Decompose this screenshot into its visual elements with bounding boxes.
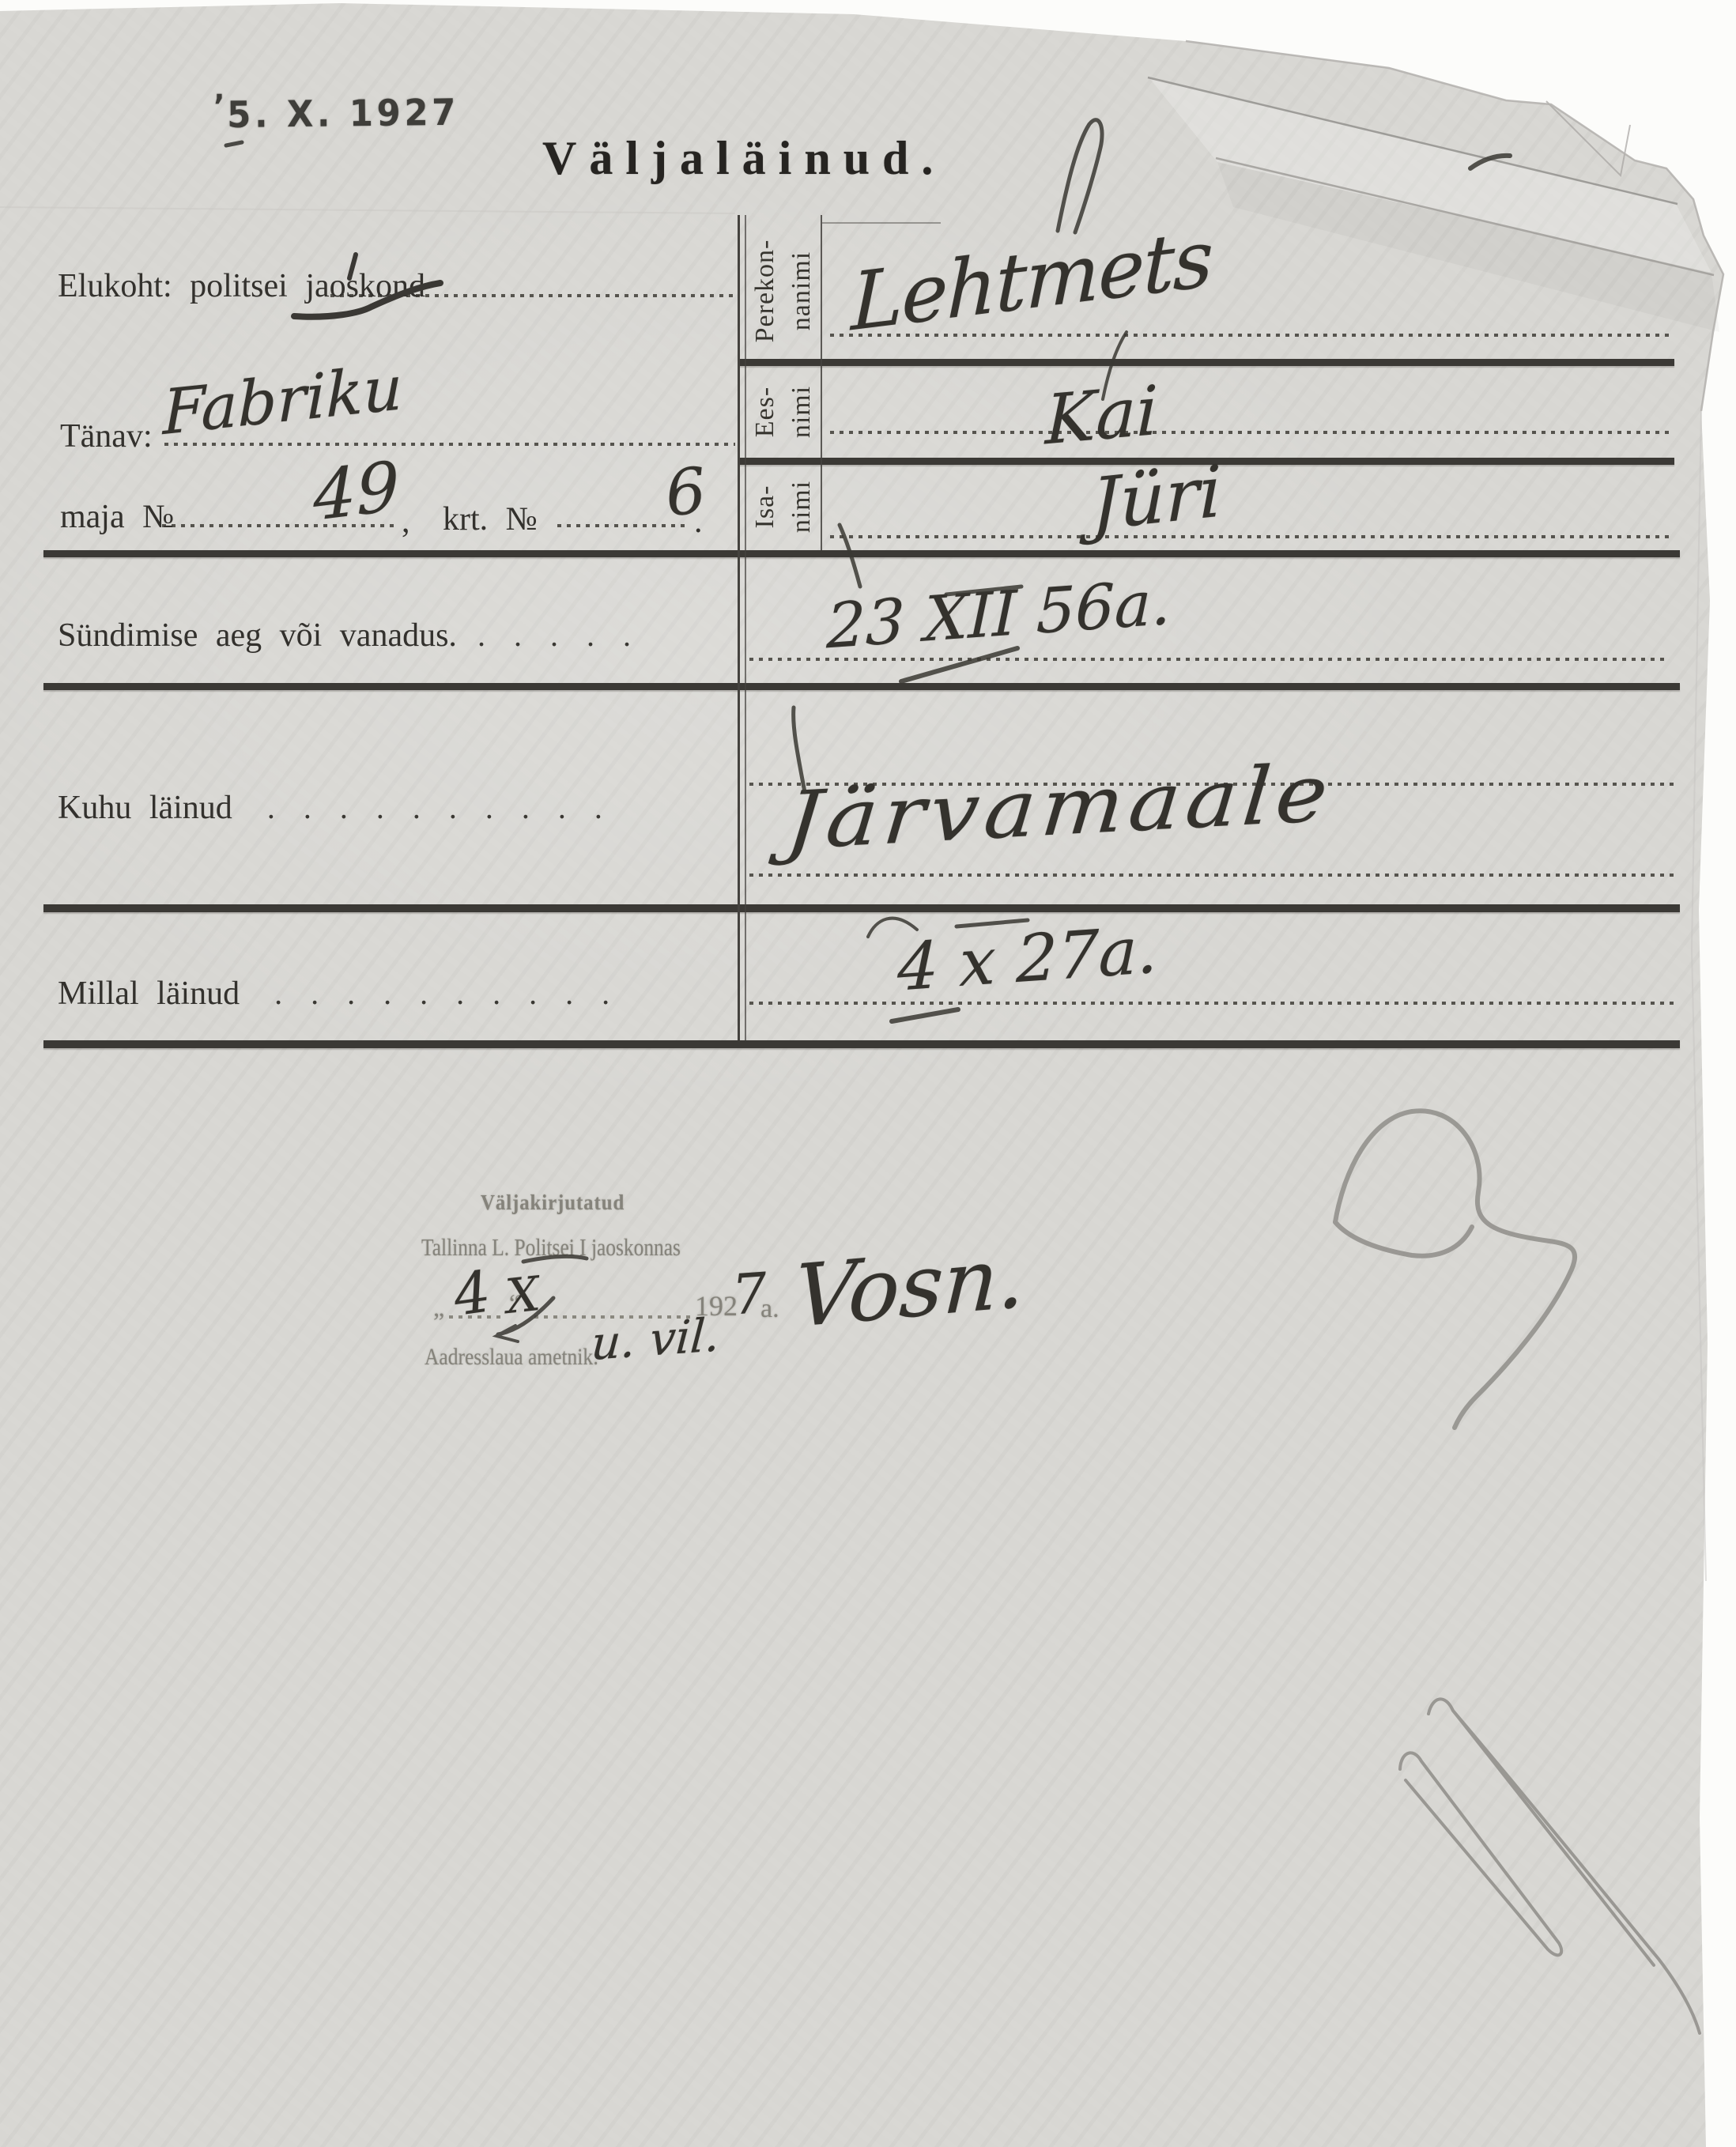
- dotted-line-departure: [749, 1002, 1674, 1005]
- column-divider-inner: [745, 215, 746, 1040]
- firstname-value-handwriting: Kai: [1044, 371, 1158, 460]
- received-date-stamp: 5. X. 1927: [227, 91, 459, 136]
- maja-label: maja №: [60, 498, 174, 536]
- fathername-label-line1: Isa-: [747, 463, 783, 550]
- surname-label-line2: nanimi: [783, 221, 820, 361]
- dotted-line-firstname: [830, 431, 1670, 434]
- handwritten-month: X: [503, 1266, 542, 1325]
- page-title: Väljaläinud.: [542, 131, 945, 186]
- tanav-label: Tänav:: [60, 417, 153, 455]
- kuhu-label-row: Kuhu läinud . . . . . . . . . .: [58, 789, 602, 827]
- date-open-quote: „: [433, 1293, 444, 1323]
- issued-stamp-line1: Väljakirjutatud: [481, 1190, 625, 1215]
- firstname-label-line2: nimi: [783, 364, 820, 459]
- dotted-line-destination-lower: [749, 874, 1674, 877]
- maja-value-handwriting: 49: [313, 447, 400, 537]
- kuhu-label: Kuhu läinud: [58, 790, 232, 826]
- surname-vertical-label: Perekon- nanimi: [747, 221, 820, 361]
- dotted-line-tanav: [164, 443, 735, 446]
- millal-label-row: Millal läinud . . . . . . . . . .: [58, 975, 609, 1013]
- rule-below-birth: [43, 683, 1680, 690]
- rule-below-destination: [43, 904, 1680, 912]
- millal-dots: . . . . . . . . . .: [274, 975, 609, 1011]
- elukoht-label: Elukoht: politsei jaoskond: [58, 267, 425, 305]
- dotted-line-fathername: [830, 535, 1670, 538]
- fathername-label-line2: nimi: [783, 463, 820, 550]
- signature-prefix-handwriting: u. vil.: [590, 1307, 722, 1371]
- maja-comma: ,: [402, 503, 410, 541]
- kuhu-dots: . . . . . . . . . .: [267, 790, 602, 825]
- rule-below-surname: [739, 359, 1674, 366]
- rule-below-address: [43, 550, 1680, 557]
- signature-name-handwriting: Vosn.: [792, 1228, 1028, 1348]
- rule-below-departure: [43, 1040, 1680, 1048]
- krt-label: krt. №: [443, 500, 538, 538]
- fathername-value-handwriting: Jüri: [1091, 450, 1221, 547]
- surname-label-line1: Perekon-: [747, 221, 783, 361]
- top-hairline: [822, 222, 941, 224]
- firstname-vertical-label: Ees- nimi: [747, 364, 820, 459]
- fathername-vertical-label: Isa- nimi: [747, 463, 820, 550]
- official-label: Aadresslaua ametnik:: [425, 1344, 598, 1371]
- column-divider: [738, 215, 740, 1040]
- sundimise-dots: . . . . .: [477, 617, 631, 653]
- name-label-divider: [821, 215, 822, 550]
- handwritten-year-digit: 7: [730, 1261, 769, 1328]
- firstname-label-line1: Ees-: [747, 364, 783, 459]
- sundimise-label-row: Sündimise aeg või vanadus. . . . . .: [58, 617, 631, 655]
- millal-label: Millal läinud: [58, 975, 240, 1012]
- issued-stamp-line2: Tallinna L. Politsei I jaoskonnas: [421, 1233, 681, 1262]
- sundimise-label: Sündimise aeg või vanadus.: [58, 617, 457, 654]
- scanned-document: ’ 5. X. 1927 Väljaläinud. Elukoht: polit…: [0, 0, 1736, 2147]
- krt-value-handwriting: 6: [662, 454, 709, 530]
